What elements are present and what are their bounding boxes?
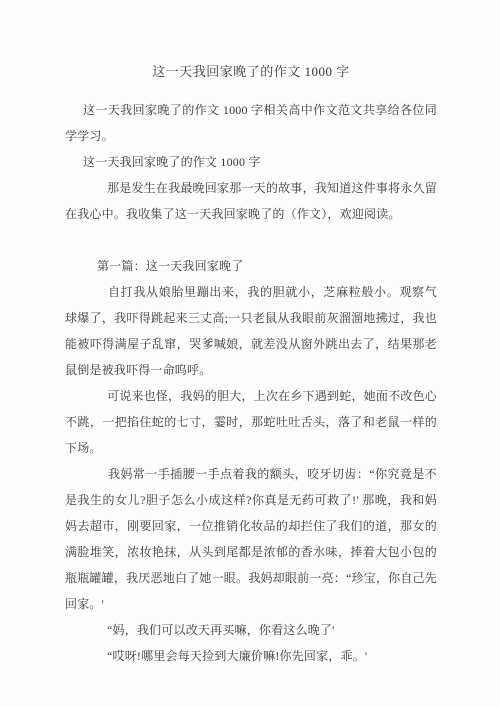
body-paragraph: 可说来也怪，我妈的胆大，上次在乡下遇到蛇，她面不改色心不跳，一把掐住蛇的七寸，霎… [65, 383, 437, 461]
body-paragraph: 我妈常一手插腰一手点着我的额头，咬牙切齿：“你究竟是不是我生的女儿?胆子怎么小成… [65, 461, 437, 617]
essay-title: 这一天我回家晚了的作文 1000 字 [65, 59, 437, 85]
essay-subtitle: 这一天我回家晚了的作文 1000 字 [65, 149, 437, 175]
section-heading: 第一篇：这一天我回家晚了 [65, 253, 437, 279]
document-content: 这一天我回家晚了的作文 1000 字 这一天我回家晚了的作文 1000 字相关高… [65, 59, 437, 669]
document-page: 这一天我回家晚了的作文 1000 字 这一天我回家晚了的作文 1000 字相关高… [0, 0, 500, 707]
dialog-line: “哎呀!哪里会每天捡到大廉价嘛!你先回家，乖。' [65, 643, 437, 669]
intro-paragraph: 这一天我回家晚了的作文 1000 字相关高中作文范文共享给各位同学学习。 [65, 97, 437, 149]
dialog-line: “妈，我们可以改天再买嘛，你看这么晚了' [65, 617, 437, 643]
lead-paragraph: 那是发生在我最晚回家那一天的故事，我知道这件事将永久留在我心中。我收集了这一天我… [65, 175, 437, 227]
body-paragraph: 自打我从娘胎里蹦出来，我的胆就小，芝麻粒般小。观察气球爆了，我吓得跳起来三丈高;… [65, 279, 437, 383]
